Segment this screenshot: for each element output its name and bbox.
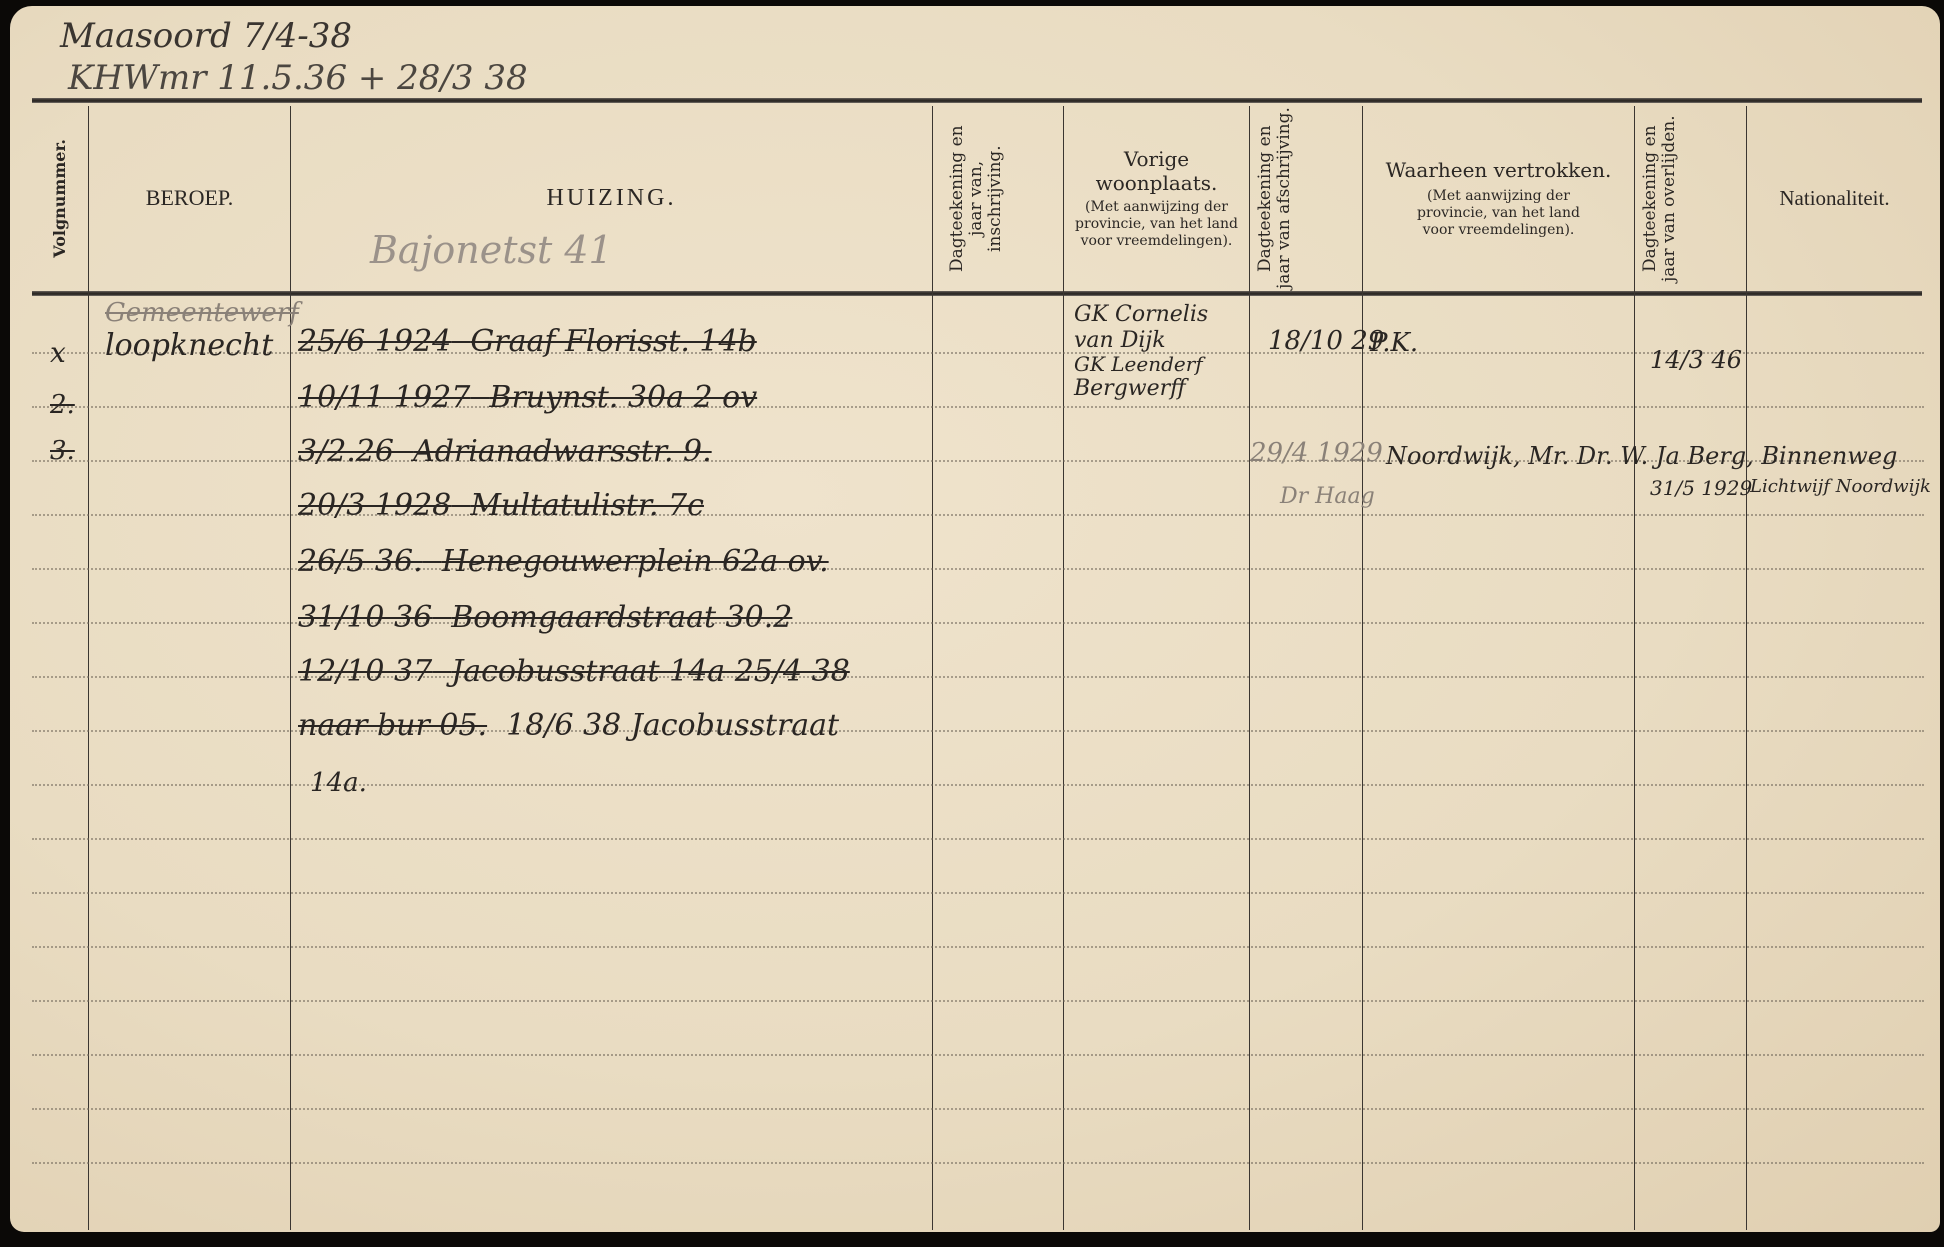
vorige-line-4: Bergwerff xyxy=(1074,376,1186,401)
vorige-line-2: van Dijk xyxy=(1074,328,1166,353)
header-nationaliteit: Nationaliteit. xyxy=(1747,106,1922,291)
afschrijving-3: Dr Haag xyxy=(1280,484,1375,509)
dotted-line xyxy=(32,1162,1924,1164)
huizing-entry-7: 12/10 37 Jacobusstraat 14a 25/4 38 xyxy=(298,654,850,689)
vorige-line-1: GK Cornelis xyxy=(1074,302,1208,327)
afschrijving-1: 18/10 29 xyxy=(1268,326,1384,356)
huizing-entry-9: 14a. xyxy=(310,768,367,798)
waarheen-2: Noordwijk, Mr. Dr. W. Ja Berg, Binnenweg xyxy=(1386,442,1897,470)
afschrijving-2: 29/4 1929 xyxy=(1250,438,1383,468)
header-dag-overlijden: Dagteekening en jaar van overlijden. xyxy=(1635,106,1746,291)
overlijden-1: 14/3 46 xyxy=(1650,346,1742,374)
beroep-crossed: Gemeentewerf xyxy=(105,298,299,328)
top-annotation-line1: Maasoord 7/4-38 xyxy=(60,16,352,56)
vorige-line-3: GK Leenderf xyxy=(1074,352,1203,376)
dotted-line xyxy=(32,1108,1924,1110)
header-bottom-rule xyxy=(32,291,1922,296)
header-vorige-woonplaats: Vorige woonplaats. (Met aanwijzing der p… xyxy=(1064,106,1249,291)
dotted-line xyxy=(32,1054,1924,1056)
waarheen-extra-2: Lichtwijf Noordwijk xyxy=(1750,476,1931,497)
huizing-entry-4: 20/3 1928 Multatulistr. 7c xyxy=(298,488,704,523)
volgnummer-3: 3. xyxy=(50,436,75,466)
header-dag-inschrijving: Dagteekening en jaar van, inschrijving. xyxy=(933,106,1063,291)
beroep-value: loopknecht xyxy=(105,328,273,363)
waarheen-1: P.K. xyxy=(1370,328,1418,358)
dotted-line xyxy=(32,946,1924,948)
huizing-pencil-note: Bajonetst 41 xyxy=(370,228,613,272)
waarheen-extra-1: 31/5 1929 xyxy=(1650,476,1752,500)
volgnummer-2: 2. xyxy=(50,390,75,420)
dotted-line xyxy=(32,838,1924,840)
header-beroep: BEROEP. xyxy=(89,106,290,291)
dotted-line xyxy=(32,1000,1924,1002)
header-waarheen: Waarheen vertrokken. (Met aanwijzing der… xyxy=(1363,106,1634,291)
dotted-line xyxy=(32,892,1924,894)
huizing-entry-6: 31/10 36 Boomgaardstraat 30.2 xyxy=(298,600,792,635)
huizing-entry-3: 3/2.26 Adrianadwarsstr. 9. xyxy=(298,434,712,469)
huizing-entry-1: 25/6 1924 Graaf Florisst. 14b xyxy=(298,324,757,359)
header-dag-afschrijving: Dagteekening en jaar van afschrijving. xyxy=(1250,106,1362,291)
volgnummer-1: x xyxy=(50,336,66,369)
huizing-entry-8: naar bur 05. 18/6 38 Jacobusstraat xyxy=(298,708,839,743)
registration-card: Maasoord 7/4-38 KHWmr 11.5.36 + 28/3 38 … xyxy=(10,6,1940,1232)
top-annotation-line2: KHWmr 11.5.36 + 28/3 38 xyxy=(68,58,528,98)
header-volgnummer: Volgnummer. xyxy=(32,106,88,291)
huizing-entry-2: 10/11 1927 Bruynst. 30a 2 ov xyxy=(298,380,757,415)
huizing-entry-5: 26/5 36. Henegouwerplein 62a ov. xyxy=(298,544,829,579)
top-rule xyxy=(32,98,1922,103)
